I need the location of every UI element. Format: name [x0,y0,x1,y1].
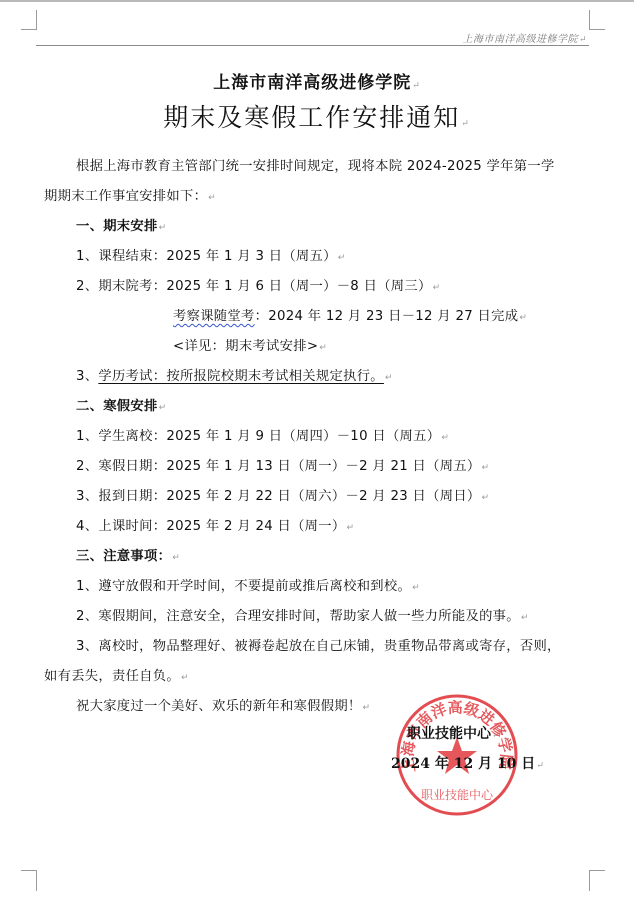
paragraph-mark-icon: ↵ [461,119,471,129]
paragraph-mark-icon: ↵ [338,253,346,263]
paragraph-mark-icon: ↵ [492,731,500,741]
paragraph-mark-icon: ↵ [482,493,490,503]
intro-line-2: 期期末工作事宜安排如下：↵ [44,185,216,204]
org-name: 职业技能中心 [407,726,491,742]
document-org-title: 上海市南洋高级进修学院↵ [0,68,634,93]
closing-text: 祝大家度过一个美好、欢乐的新年和寒假假期！ [76,699,362,714]
section2-heading: 二、寒假安排↵ [76,395,166,414]
item-text: 2、期末院考：2025 年 1 月 6 日（周一）－8 日（周三） [76,279,432,294]
closing-line: 祝大家度过一个美好、欢乐的新年和寒假假期！↵ [76,695,370,714]
paragraph-mark-icon: ↵ [385,373,393,383]
section2-item-3: 3、报到日期：2025 年 2 月 22 日（周六）－2 月 23 日（周日）↵ [76,485,489,504]
paragraph-mark-icon: ↵ [319,343,327,353]
intro-text: 期期末工作事宜安排如下： [44,189,207,204]
crop-mark-top-left [21,10,37,30]
section3-item-3: 3、离校时，物品整理好、被褥卷起放在自己床铺，贵重物品带离或寄存，否则， [76,635,561,654]
item-text: ：2024 年 12 月 23 日－12 月 27 日完成 [255,309,519,324]
header-label: 上海市南洋高级进修学院 [462,34,578,45]
paragraph-mark-icon: ↵ [208,193,216,203]
section3-item-3-cont: 如有丢失，责任自负。↵ [44,665,189,684]
section1-item-2: 2、期末院考：2025 年 1 月 6 日（周一）－8 日（周三）↵ [76,275,440,294]
paragraph-mark-icon: ↵ [159,223,167,233]
paragraph-mark-icon: ↵ [482,463,490,473]
heading-text: 一、期末安排 [76,219,158,234]
spellcheck-flagged-text: 考察课随堂考 [173,309,255,324]
heading-text: 二、寒假安排 [76,399,158,414]
item-text: 2、寒假期间，注意安全，合理安排时间，帮助家人做一些力所能及的事。 [76,609,520,624]
item-text: 3、报到日期：2025 年 2 月 22 日（周六）－2 月 23 日（周日） [76,489,481,504]
top-border [0,0,634,2]
crop-mark-bottom-right [589,870,605,891]
signature-org: 职业技能中心↵ [407,723,500,743]
section1-heading: 一、期末安排↵ [76,215,166,234]
item-text: 1、课程结束：2025 年 1 月 3 日（周五） [76,249,337,264]
section3-item-1: 1、遵守放假和开学时间，不要提前或推后离校和到校。↵ [76,575,420,594]
paragraph-mark-icon: ↵ [159,403,167,413]
header-rule [36,45,589,46]
item-text: 1、遵守放假和开学时间，不要提前或推后离校和到校。 [76,579,411,594]
paragraph-mark-icon: ↵ [181,673,189,683]
section3-item-2: 2、寒假期间，注意安全，合理安排时间，帮助家人做一些力所能及的事。↵ [76,605,529,624]
paragraph-mark-icon: ↵ [441,433,449,443]
signature-date: 2024 年 12 月 10 日↵ [391,753,544,773]
page-header: 上海市南洋高级进修学院↵ [462,30,587,45]
section3-heading: 三、注意事项：↵ [76,545,180,564]
seal-bottom-text: 职业技能中心 [421,787,494,802]
item-text: 2、寒假日期：2025 年 1 月 13 日（周一）－2 月 21 日（周五） [76,459,481,474]
document-title: 期末及寒假工作安排通知↵ [0,98,634,134]
item-text: 4、上课时间：2025 年 2 月 24 日（周一） [76,519,345,534]
section2-item-2: 2、寒假日期：2025 年 1 月 13 日（周一）－2 月 21 日（周五）↵ [76,455,489,474]
paragraph-mark-icon: ↵ [412,583,420,593]
paragraph-mark-icon: ↵ [521,613,529,623]
section1-item-3: 3、学历考试：按所报院校期末考试相关规定执行。↵ [76,365,393,384]
paragraph-mark-icon: ↵ [579,35,587,45]
section2-item-4: 4、上课时间：2025 年 2 月 24 日（周一）↵ [76,515,354,534]
item-text: 1、学生离校：2025 年 1 月 9 日（周四）－10 日（周五） [76,429,440,444]
detail-text: <详见：期末考试安排> [173,339,318,354]
item-text: 如有丢失，责任自负。 [44,669,180,684]
section1-sub-item: 考察课随堂考：2024 年 12 月 23 日－12 月 27 日完成↵ [173,305,527,324]
date-text: 2024 年 12 月 10 日 [391,756,535,772]
paragraph-mark-icon: ↵ [346,523,354,533]
item-number: 3、 [76,369,98,384]
crop-mark-bottom-left [21,870,37,891]
paragraph-mark-icon: ↵ [536,761,544,771]
intro-line-1: 根据上海市教育主管部门统一安排时间规定，现将本院 2024-2025 学年第一学 [76,155,555,174]
heading-text: 三、注意事项： [76,549,171,564]
paragraph-mark-icon: ↵ [519,313,527,323]
underlined-item-text: 学历考试：按所报院校期末考试相关规定执行。 [98,369,384,384]
crop-mark-top-right [589,10,605,30]
title-text: 期末及寒假工作安排通知 [163,103,460,132]
paragraph-mark-icon: ↵ [412,81,421,91]
section1-item-1: 1、课程结束：2025 年 1 月 3 日（周五）↵ [76,245,346,264]
paragraph-mark-icon: ↵ [172,553,180,563]
section1-detail: <详见：期末考试安排>↵ [173,335,327,354]
paragraph-mark-icon: ↵ [363,703,371,713]
section2-item-1: 1、学生离校：2025 年 1 月 9 日（周四）－10 日（周五）↵ [76,425,449,444]
paragraph-mark-icon: ↵ [433,283,441,293]
org-title-text: 上海市南洋高级进修学院 [213,73,411,93]
